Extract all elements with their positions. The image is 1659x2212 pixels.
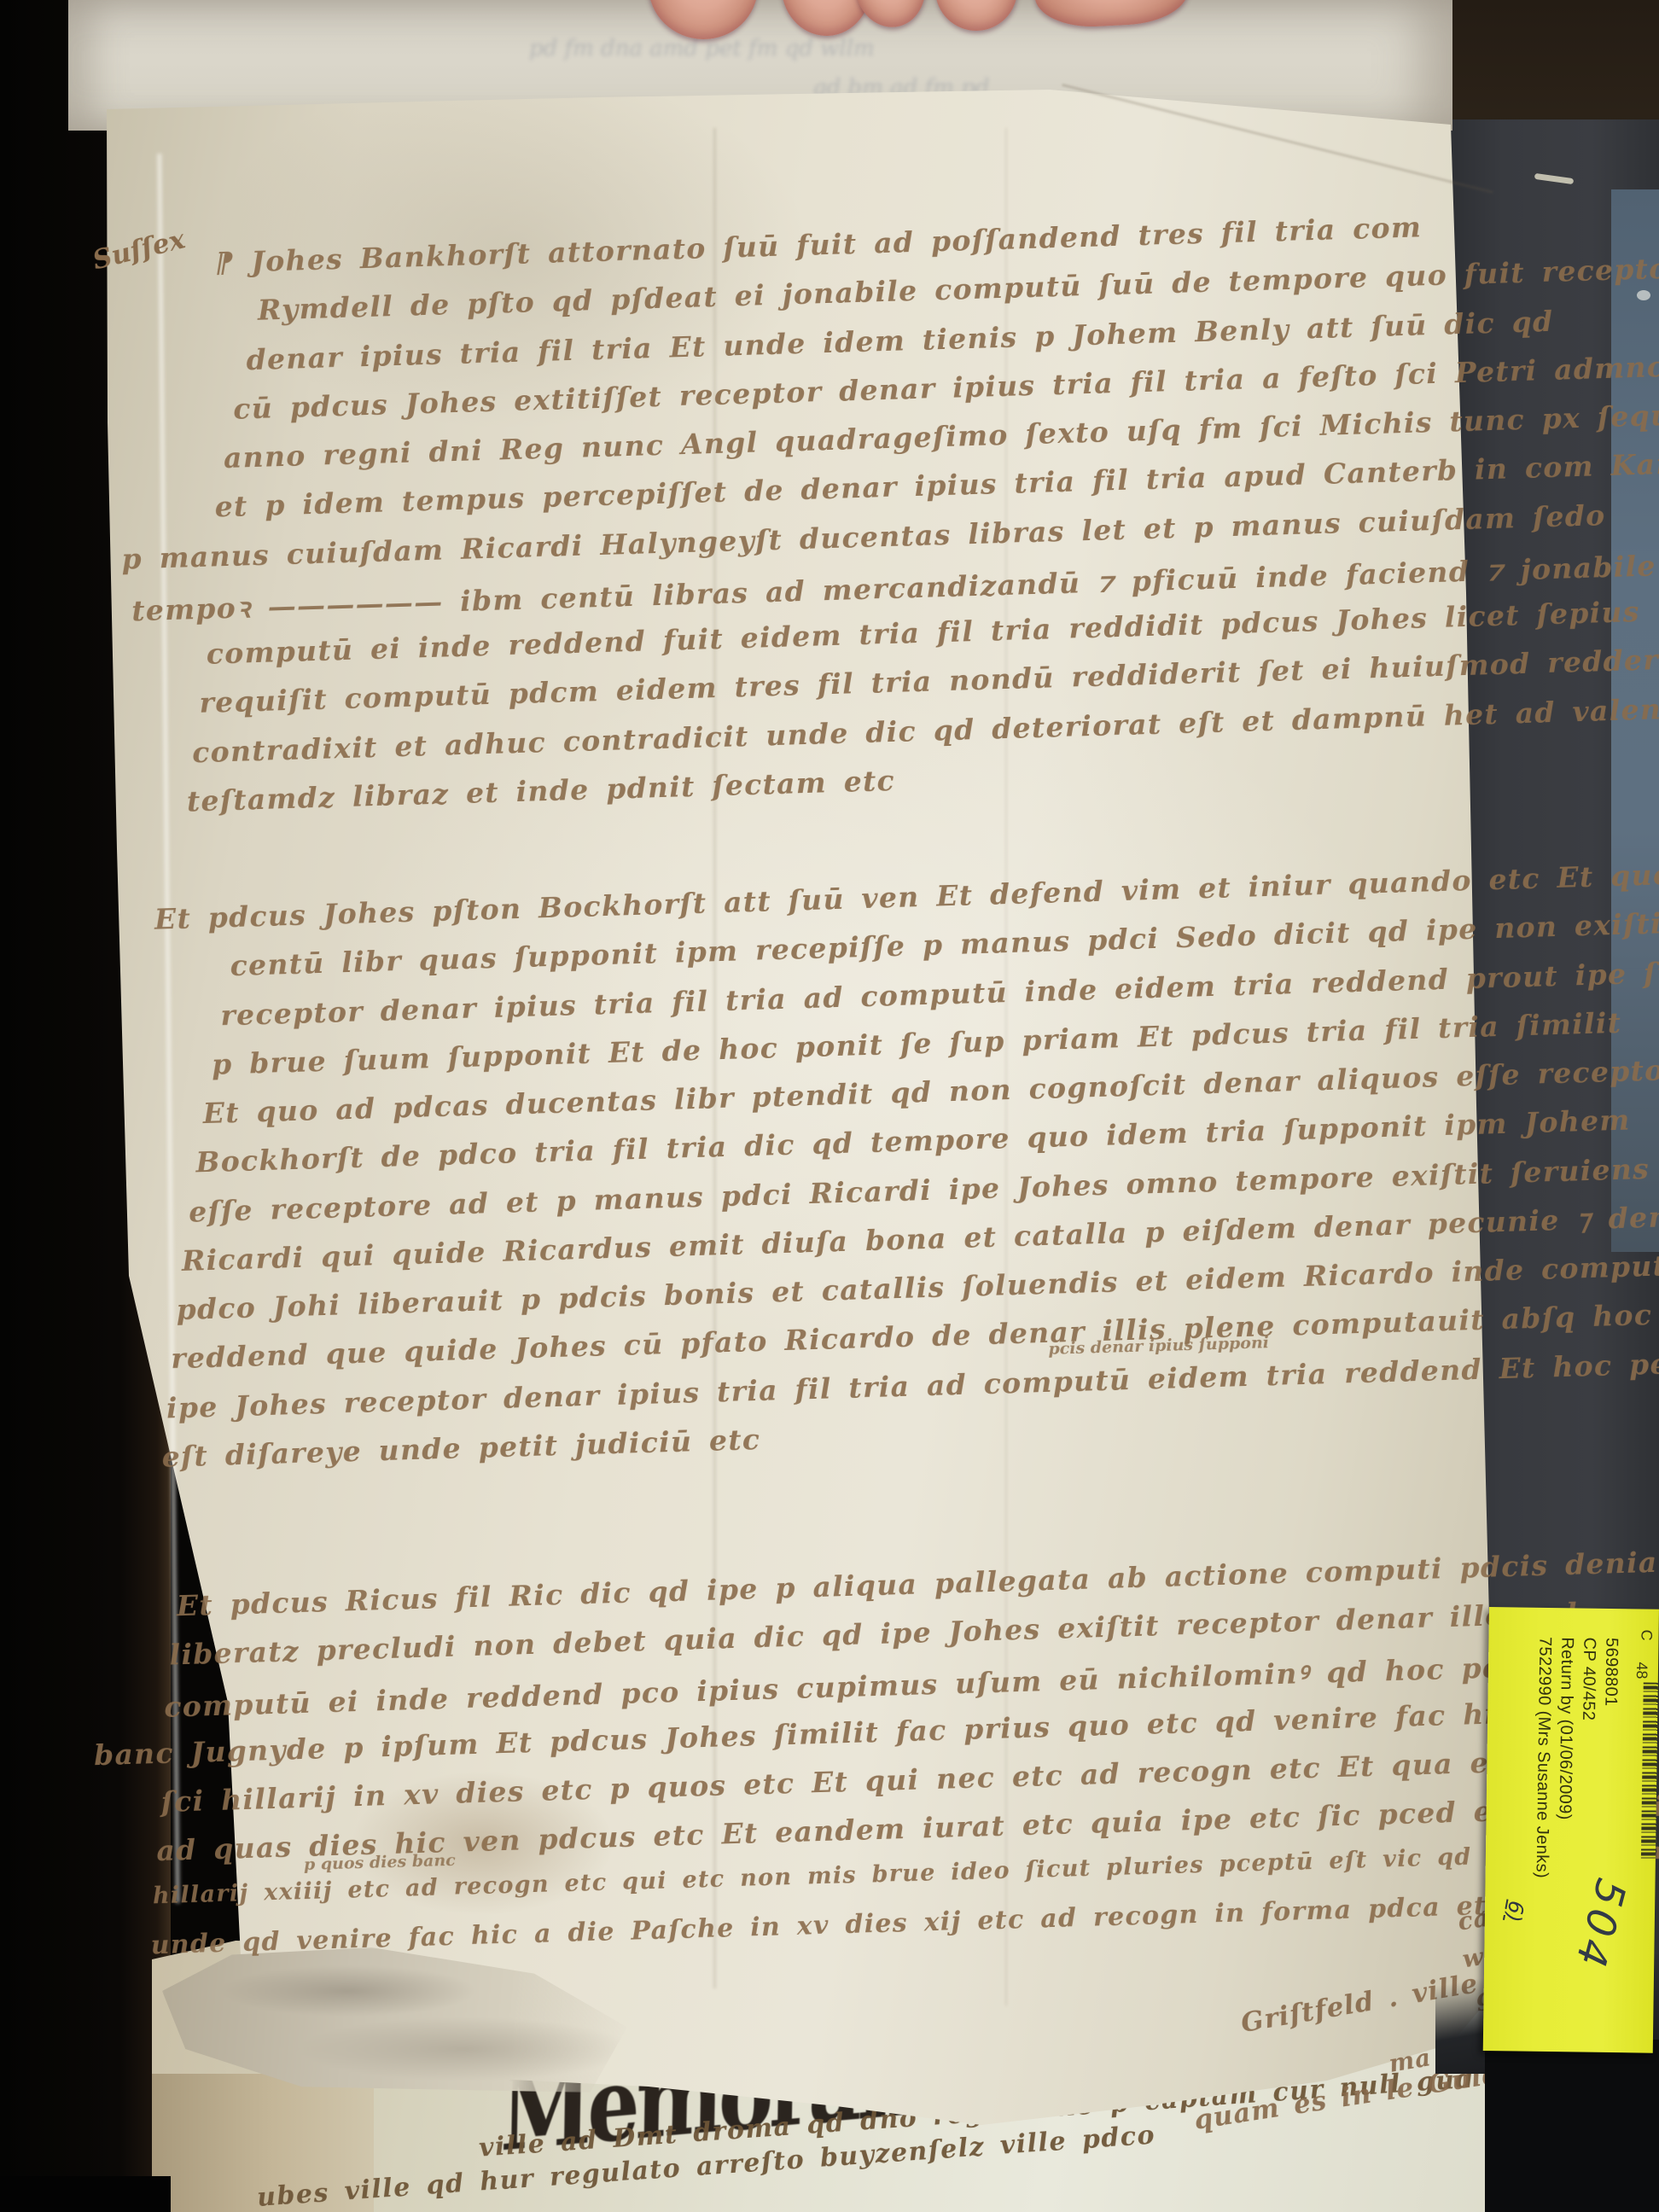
manuscript-line: teſtamdz libraz et inde pdnit ſectam etc [186, 764, 895, 818]
background-bottom-right [1485, 2040, 1659, 2212]
note-order-number: 5698801 [1598, 1638, 1623, 1880]
note-reader-id: 7522990 (Mrs Susanne Jenks) [1531, 1637, 1557, 1879]
manuscript-interline-note: p quos dies banc [304, 1851, 456, 1874]
note-return-date: Return by (01/06/2009) [1553, 1637, 1579, 1879]
note-face: C 48 5698801 CP 40/452 Return by (01/06/… [1483, 1607, 1659, 2053]
manuscript-text-block: Suſſex ⁋ Johes Bankhorſt attornato ſuū f… [0, 0, 1659, 2212]
note-handwritten-mark: 6) [1501, 1899, 1528, 1924]
background-bottom-left [0, 2176, 171, 2212]
note-sequence-number: 48 [1633, 1662, 1650, 1679]
margin-county-note: Suſſex [90, 224, 188, 276]
archival-reference-note: C 48 5698801 CP 40/452 Return by (01/06/… [1483, 1607, 1659, 2053]
note-catalogue-reference: CP 40/452 [1575, 1637, 1601, 1879]
barcode [1641, 1683, 1658, 1860]
note-series-letter: C [1637, 1629, 1655, 1640]
note-printed-lines: 5698801 CP 40/452 Return by (01/06/2009)… [1531, 1637, 1623, 1880]
manuscript-line: eſt diſareye unde petit judiciū etc [161, 1423, 761, 1474]
photo-stage: pd fm dna amd pet fm qd wllmqd bm ad fm … [0, 0, 1659, 2212]
note-handwritten-number: 504 [1565, 1874, 1635, 1976]
